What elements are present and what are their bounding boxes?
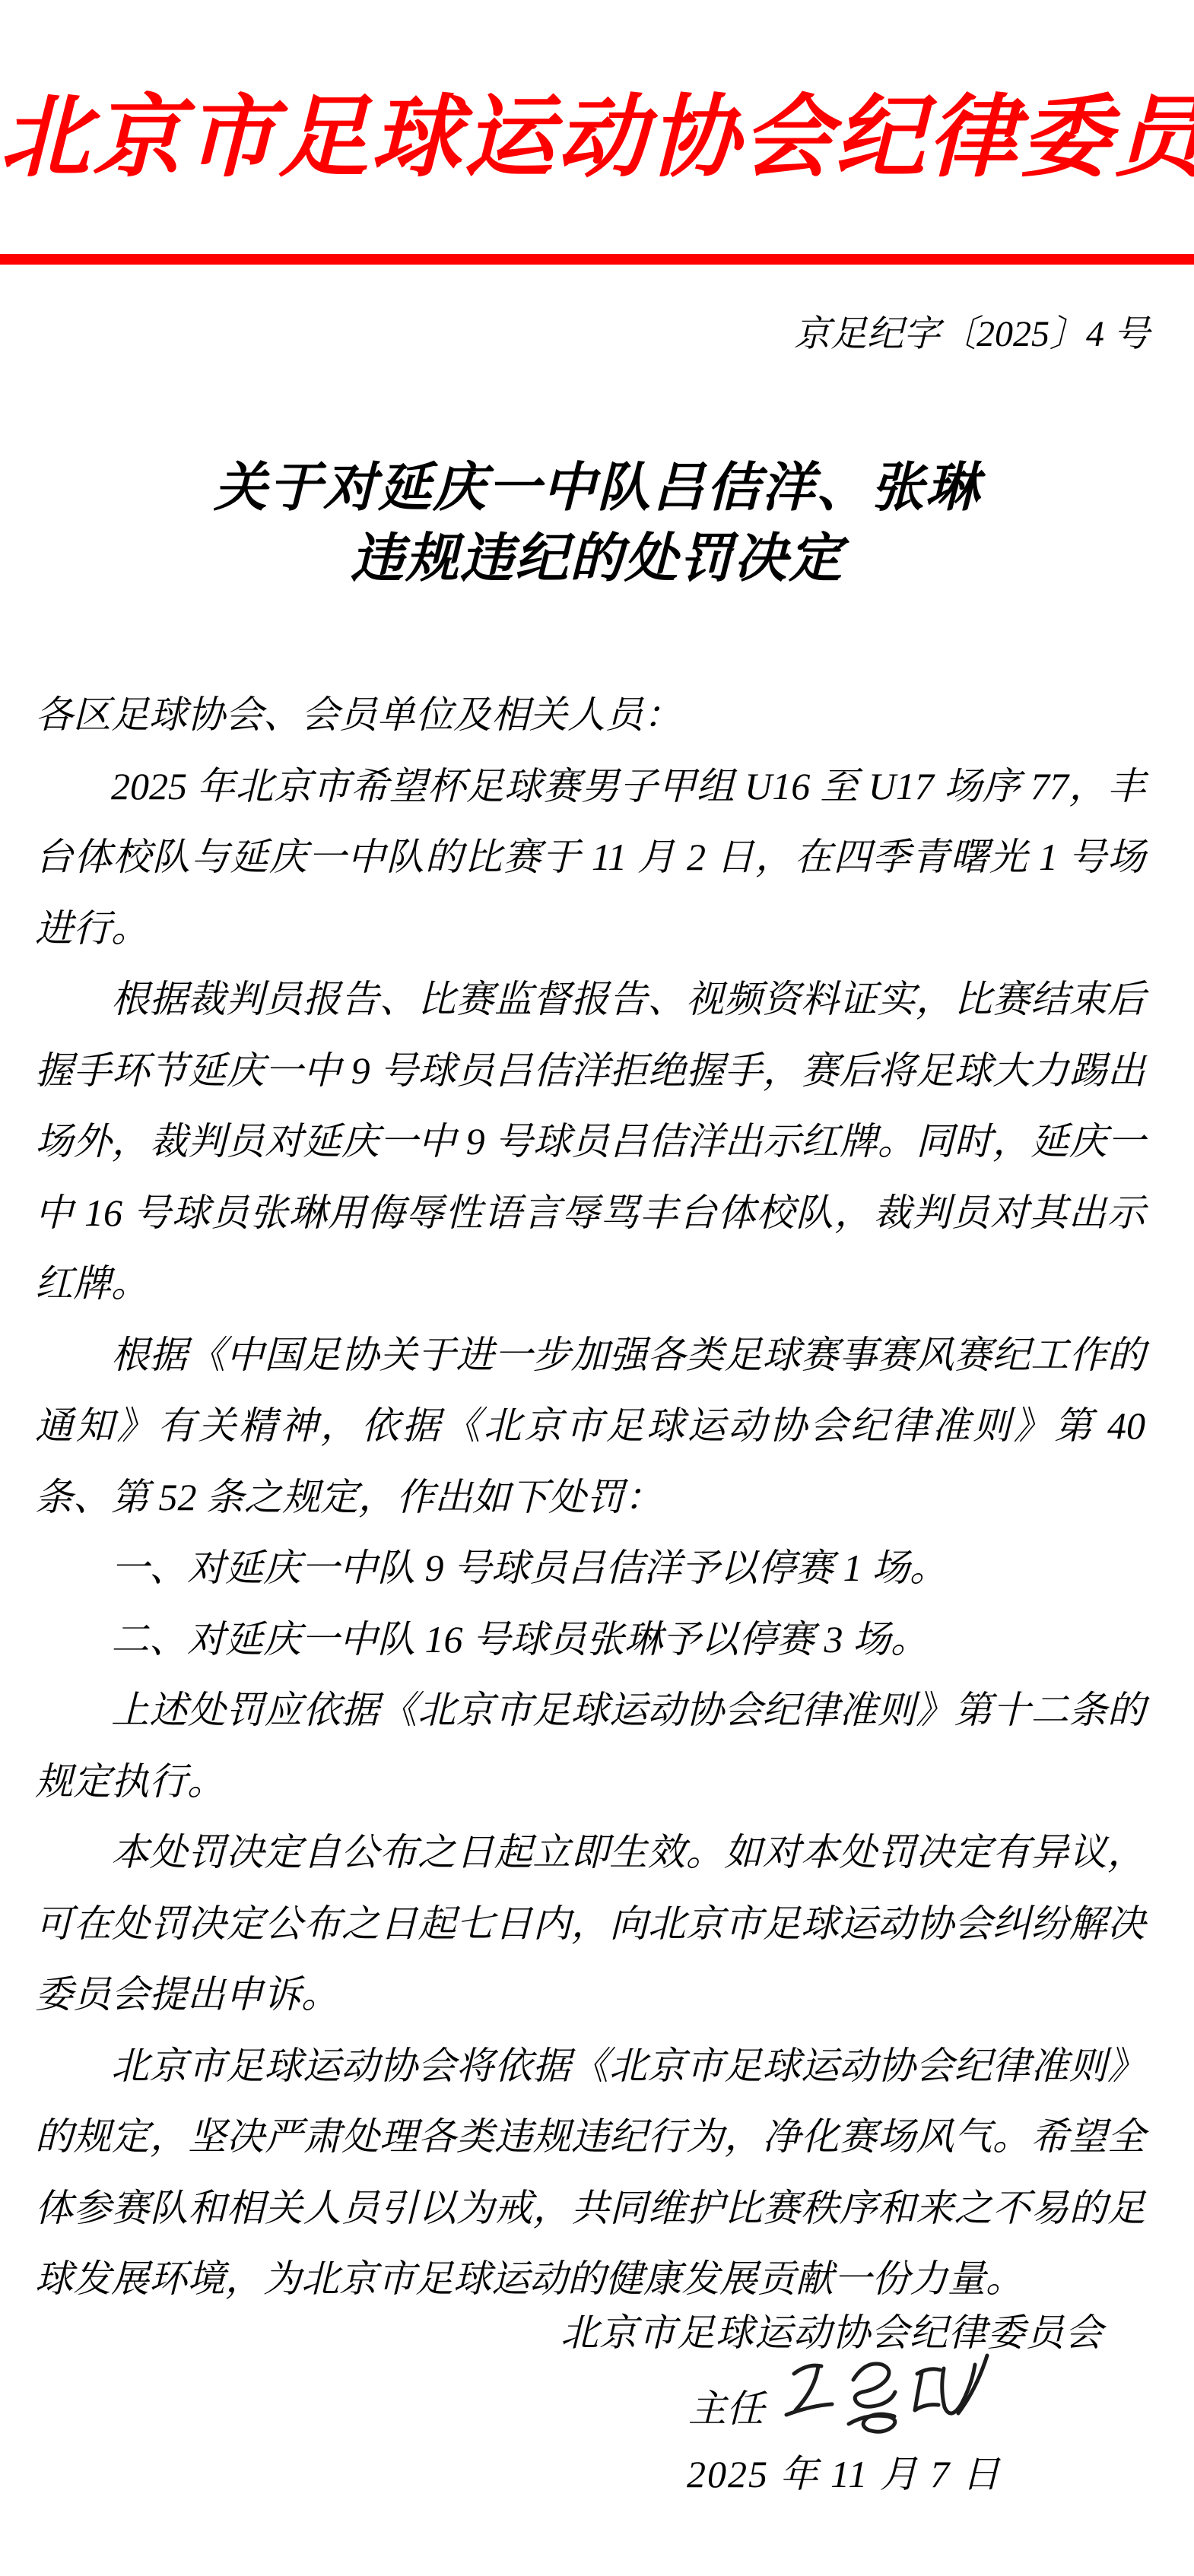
- body-paragraph-legal-basis: 根据《中国足协关于进一步加强各类足球赛事赛风赛纪工作的通知》有关精神，依据《北京…: [35, 1320, 1145, 1534]
- document-title: 关于对延庆一中队吕佶洋、张琳 违规违纪的处罚决定: [0, 453, 1194, 595]
- body-paragraph-penalty-item-2: 二、对延庆一中队 16 号球员张琳予以停赛 3 场。: [35, 1604, 1145, 1676]
- body-paragraph-penalty-item-1: 一、对延庆一中队 9 号球员吕佶洋予以停赛 1 场。: [35, 1533, 1145, 1604]
- signature-committee-name: 北京市足球运动协会纪律委员会: [560, 2311, 1103, 2354]
- body-paragraph-appeal: 本处罚决定自公布之日起立即生效。如对本处罚决定有异议，可在处罚决定公布之日起七日…: [35, 1817, 1145, 2031]
- body-paragraph-incident-facts: 根据裁判员报告、比赛监督报告、视频资料证实，比赛结束后握手环节延庆一中 9 号球…: [35, 964, 1145, 1320]
- body-paragraph-match-info: 2025 年北京市希望杯足球赛男子甲组 U16 至 U17 场序 77，丰台体校…: [35, 751, 1145, 965]
- body-paragraph-enforcement: 上述处罚应依据《北京市足球运动协会纪律准则》第十二条的规定执行。: [35, 1675, 1145, 1817]
- document-number: 京足纪字〔2025〕4 号: [794, 312, 1150, 357]
- document-title-line2: 违规违纪的处罚决定: [0, 524, 1194, 595]
- salutation-line: 各区足球协会、会员单位及相关人员：: [35, 680, 1145, 751]
- handwritten-signature: [776, 2349, 1004, 2447]
- document-page: 北京市足球运动协会纪律委员会 京足纪字〔2025〕4 号 关于对延庆一中队吕佶洋…: [0, 0, 1194, 2576]
- document-title-line1: 关于对延庆一中队吕佶洋、张琳: [0, 453, 1194, 524]
- signature-role-label: 主任: [688, 2387, 764, 2430]
- letterhead-org-title: 北京市足球运动协会纪律委员会: [0, 88, 1194, 189]
- signature-date: 2025 年 11 月 7 日: [687, 2453, 1002, 2495]
- body-paragraph-closing: 北京市足球运动协会将依据《北京市足球运动协会纪律准则》的规定，坚决严肃处理各类违…: [35, 2031, 1145, 2315]
- letterhead-divider-rule: [0, 254, 1194, 265]
- document-body: 各区足球协会、会员单位及相关人员： 2025 年北京市希望杯足球赛男子甲组 U1…: [35, 680, 1145, 2315]
